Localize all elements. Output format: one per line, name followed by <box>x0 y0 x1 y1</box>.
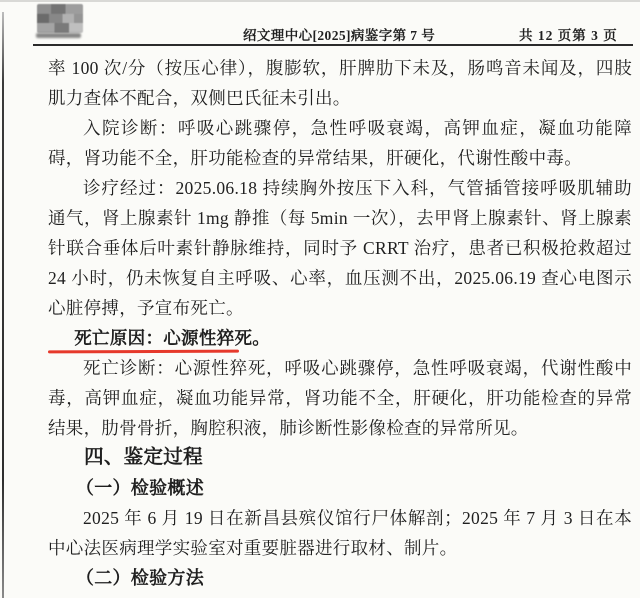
scanned-document-page: 绍文理中心[2025]病鉴字第 7 号 共 12 页第 3 页 率 100 次/… <box>0 0 640 598</box>
cause-of-death-text: 死亡原因：心源性猝死。 <box>74 328 270 348</box>
paragraph-autopsy-dates: 2025 年 6 月 19 日在新昌县殡仪馆行尸体解剖；2025 年 7 月 3… <box>48 503 632 563</box>
paragraph-death-diagnosis: 死亡诊断：心源性猝死，呼吸心跳骤停，急性呼吸衰竭，代谢性酸中毒，高钾血症，凝血功… <box>48 353 632 443</box>
redacted-stamp-block <box>37 4 83 33</box>
paragraph-physical-exam-continued: 率 100 次/分（按压心律），腹膨软，肝脾肋下未及，肠鸣音未闻及，四肢肌力查体… <box>48 53 632 113</box>
page-number-info: 共 12 页第 3 页 <box>519 24 618 44</box>
red-underline-annotation <box>48 350 239 354</box>
paragraph-treatment-course: 诊疗经过：2025.06.18 持续胸外按压下入科，气管插管接呼吸肌辅助通气，肾… <box>48 173 632 323</box>
scan-left-edge <box>2 12 4 598</box>
document-number: 绍文理中心[2025]病鉴字第 7 号 <box>243 24 435 44</box>
document-body: 率 100 次/分（按压心律），腹膨软，肝脾肋下未及，肠鸣音未闻及，四肢肌力查体… <box>48 53 632 593</box>
subsection-heading-exam-overview: （一）检验概述 <box>48 473 632 503</box>
scan-top-edge <box>0 0 640 2</box>
section-heading-appraisal-process: 四、鉴定过程 <box>48 443 632 473</box>
header-divider-rule <box>33 44 633 46</box>
redacted-caption-smudge <box>36 33 81 38</box>
subsection-heading-exam-method: （二）检验方法 <box>48 563 632 593</box>
paragraph-cause-of-death: 死亡原因：心源性猝死。 <box>48 323 632 353</box>
paragraph-admission-diagnosis: 入院诊断：呼吸心跳骤停，急性呼吸衰竭，高钾血症，凝血功能障碍，肾功能不全，肝功能… <box>48 113 632 173</box>
